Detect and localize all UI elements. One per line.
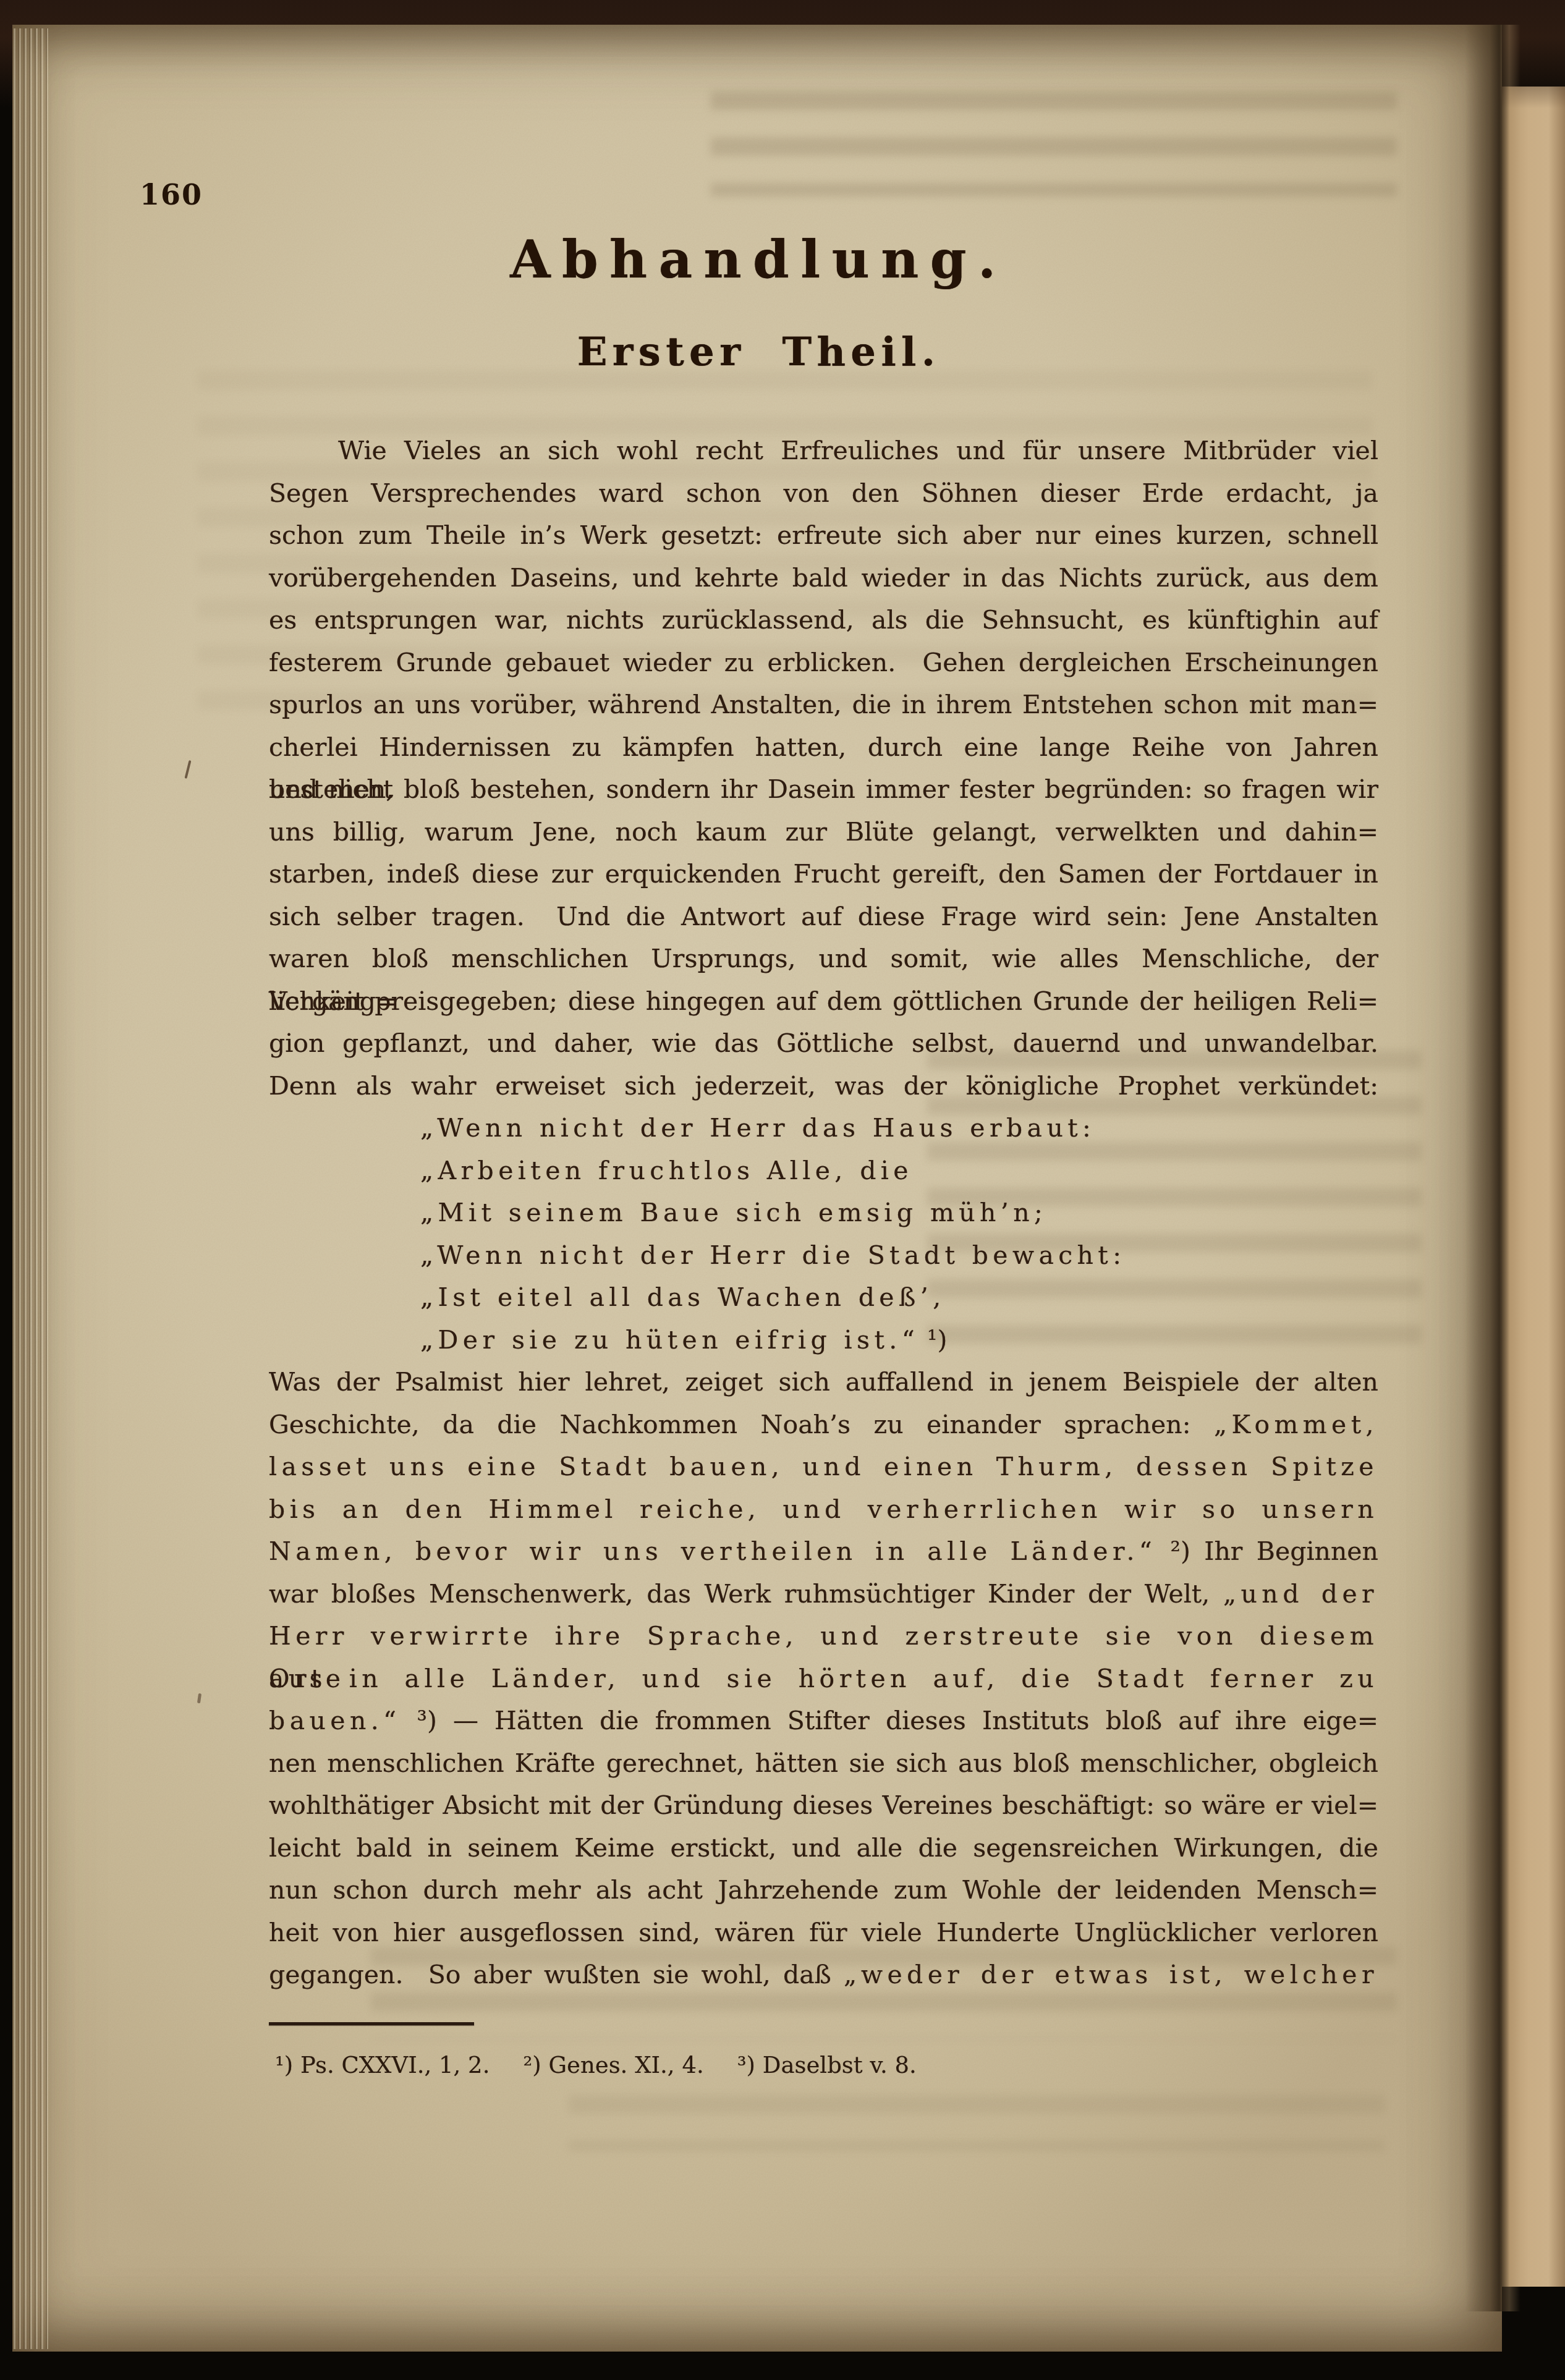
letterspaced-text: „Kommet, bbox=[1214, 1410, 1378, 1439]
body-text: sich selber tragen. Und die Antwort auf … bbox=[269, 902, 1378, 931]
text-line: spurlos an uns vorüber, während Anstalte… bbox=[269, 684, 1378, 726]
footnote-item: ³) Daselbst v. 8. bbox=[737, 2052, 917, 2078]
text-line: gegangen. So aber wußten sie wohl, daß „… bbox=[269, 1954, 1378, 1996]
letterspaced-text: „Wenn nicht der Herr das Haus erbaut: bbox=[420, 1113, 1095, 1143]
footnote-rule bbox=[269, 2022, 474, 2025]
body-text: ³) — Hätten die frommen Stifter dieses I… bbox=[401, 1706, 1378, 1735]
body-text: nun schon durch mehr als acht Jahrzehend… bbox=[269, 1875, 1378, 1905]
page-number: 160 bbox=[140, 178, 203, 211]
text-line: Namen, bevor wir uns vertheilen in alle … bbox=[269, 1530, 1378, 1573]
body-text: festerem Grunde gebauet wieder zu erblic… bbox=[269, 648, 1378, 677]
main-heading: Abhandlung. bbox=[204, 229, 1313, 290]
text-line: „Mit seinem Baue sich emsig müh’n; bbox=[269, 1192, 1378, 1234]
stray-ink-mark bbox=[197, 1693, 201, 1704]
text-line: „Der sie zu hüten eifrig ist.“ ¹) bbox=[269, 1319, 1378, 1362]
text-line: leicht bald in seinem Keime erstickt, un… bbox=[269, 1827, 1378, 1870]
book-scan-scene: 160 Abhandlung. Erster Theil. Wie Vieles… bbox=[0, 0, 1565, 2380]
text-line: Segen Versprechendes ward schon von den … bbox=[269, 472, 1378, 515]
body-text: Segen Versprechendes ward schon von den … bbox=[269, 478, 1378, 508]
body-text: nen menschlichen Kräfte gerechnet, hätte… bbox=[269, 1748, 1378, 1778]
body-text: gion gepflanzt, und daher, wie das Göttl… bbox=[269, 1028, 1378, 1058]
text-line: gion gepflanzt, und daher, wie das Göttl… bbox=[269, 1022, 1378, 1065]
letterspaced-text: „Ist eitel all das Wachen deß’, bbox=[420, 1282, 946, 1312]
body-text: lichkeit preisgegeben; diese hingegen au… bbox=[269, 986, 1378, 1016]
body-text: starben, indeß diese zur erquickenden Fr… bbox=[269, 859, 1378, 889]
body-text: heit von hier ausgeflossen sind, wären f… bbox=[269, 1918, 1378, 1947]
text-line: vorübergehenden Daseins, und kehrte bald… bbox=[269, 557, 1378, 599]
text-line: cherlei Hindernissen zu kämpfen hatten, … bbox=[269, 726, 1378, 769]
letterspaced-text: bauen.“ bbox=[269, 1706, 401, 1735]
text-line: „Arbeiten fruchtlos Alle, die bbox=[269, 1150, 1378, 1192]
body-text: ²) Ihr Beginnen bbox=[1156, 1536, 1378, 1566]
text-line: waren bloß menschlichen Ursprungs, und s… bbox=[269, 938, 1378, 980]
text-line: Geschichte, da die Nachkommen Noah’s zu … bbox=[269, 1404, 1378, 1446]
body-text: Wie Vieles an sich wohl recht Erfreulich… bbox=[338, 436, 1378, 465]
text-line: lichkeit preisgegeben; diese hingegen au… bbox=[269, 980, 1378, 1023]
body-text: wohlthätiger Absicht mit der Gründung di… bbox=[269, 1790, 1378, 1820]
body-text: schon zum Theile in’s Werk gesetzt: erfr… bbox=[269, 520, 1378, 550]
text-block: Wie Vieles an sich wohl recht Erfreulich… bbox=[269, 430, 1378, 1996]
page-stack-edges bbox=[12, 28, 48, 2349]
body-text: gegangen. So aber wußten sie wohl, daß bbox=[269, 1960, 844, 1989]
body-text: Was der Psalmist hier lehret, zeiget sic… bbox=[269, 1367, 1378, 1397]
text-line: festerem Grunde gebauet wieder zu erblic… bbox=[269, 642, 1378, 684]
letterspaced-text: „Mit seinem Baue sich emsig müh’n; bbox=[420, 1198, 1047, 1227]
text-line: es entsprungen war, nichts zurücklassend… bbox=[269, 599, 1378, 642]
body-text: uns billig, warum Jene, noch kaum zur Bl… bbox=[269, 817, 1378, 847]
text-line: nen menschlichen Kräfte gerechnet, hätte… bbox=[269, 1742, 1378, 1785]
text-line: wohlthätiger Absicht mit der Gründung di… bbox=[269, 1784, 1378, 1827]
letterspaced-text: aus in alle Länder, und sie hörten auf, … bbox=[269, 1664, 1378, 1693]
letterspaced-text: „Wenn nicht der Herr die Stadt bewacht: bbox=[420, 1240, 1126, 1270]
body-text: Geschichte, da die Nachkommen Noah’s zu … bbox=[269, 1410, 1214, 1439]
letterspaced-text: „Arbeiten fruchtlos Alle, die bbox=[420, 1156, 913, 1185]
text-line: schon zum Theile in’s Werk gesetzt: erfr… bbox=[269, 514, 1378, 557]
stray-ink-mark bbox=[184, 760, 191, 779]
letterspaced-text: „und der bbox=[1223, 1579, 1378, 1609]
text-line: nun schon durch mehr als acht Jahrzehend… bbox=[269, 1869, 1378, 1912]
body-text: ¹) bbox=[919, 1325, 947, 1355]
text-line: lasset uns eine Stadt bauen, und einen T… bbox=[269, 1446, 1378, 1488]
footnote: ¹) Ps. CXXVI., 1, 2.²) Genes. XI., 4.³) … bbox=[275, 2052, 1381, 2078]
footnote-item: ¹) Ps. CXXVI., 1, 2. bbox=[275, 2052, 490, 2078]
body-text: und nicht bloß bestehen, sondern ihr Das… bbox=[269, 774, 1378, 804]
text-line: war bloßes Menschenwerk, das Werk ruhmsü… bbox=[269, 1573, 1378, 1616]
text-line: Herr verwirrte ihre Sprache, und zerstre… bbox=[269, 1615, 1378, 1658]
text-line: „Wenn nicht der Herr das Haus erbaut: bbox=[269, 1107, 1378, 1150]
letterspaced-text: bis an den Himmel reiche, und verherrlic… bbox=[269, 1494, 1378, 1524]
text-line: bis an den Himmel reiche, und verherrlic… bbox=[269, 1488, 1378, 1531]
text-line: Wie Vieles an sich wohl recht Erfreulich… bbox=[269, 430, 1378, 472]
text-line: heit von hier ausgeflossen sind, wären f… bbox=[269, 1912, 1378, 1954]
text-line: Denn als wahr erweiset sich jederzeit, w… bbox=[269, 1065, 1378, 1107]
body-text: Denn als wahr erweiset sich jederzeit, w… bbox=[269, 1071, 1378, 1101]
section-subheading: Erster Theil. bbox=[204, 329, 1313, 375]
body-text: leicht bald in seinem Keime erstickt, un… bbox=[269, 1833, 1378, 1863]
body-text: es entsprungen war, nichts zurücklassend… bbox=[269, 605, 1378, 635]
letterspaced-text: Namen, bevor wir uns vertheilen in alle … bbox=[269, 1536, 1156, 1566]
body-text: vorübergehenden Daseins, und kehrte bald… bbox=[269, 563, 1378, 593]
text-line: aus in alle Länder, und sie hörten auf, … bbox=[269, 1658, 1378, 1700]
body-text: spurlos an uns vorüber, während Anstalte… bbox=[269, 690, 1378, 719]
text-line: uns billig, warum Jene, noch kaum zur Bl… bbox=[269, 811, 1378, 853]
letterspaced-text: „weder der etwas ist, welcher bbox=[844, 1960, 1378, 1989]
gutter-crease-shadow bbox=[1465, 25, 1520, 2311]
letterspaced-text: lasset uns eine Stadt bauen, und einen T… bbox=[269, 1452, 1378, 1481]
footnote-item: ²) Genes. XI., 4. bbox=[523, 2052, 703, 2078]
text-line: starben, indeß diese zur erquickenden Fr… bbox=[269, 853, 1378, 896]
bleedthrough-smudge bbox=[711, 91, 1397, 197]
bleedthrough-smudge bbox=[569, 2095, 1385, 2151]
text-line: „Ist eitel all das Wachen deß’, bbox=[269, 1276, 1378, 1319]
letterspaced-text: „Der sie zu hüten eifrig ist.“ bbox=[420, 1325, 919, 1355]
text-line: Was der Psalmist hier lehret, zeiget sic… bbox=[269, 1361, 1378, 1404]
text-line: „Wenn nicht der Herr die Stadt bewacht: bbox=[269, 1234, 1378, 1277]
text-line: bauen.“ ³) — Hätten die frommen Stifter … bbox=[269, 1700, 1378, 1742]
text-line: und nicht bloß bestehen, sondern ihr Das… bbox=[269, 768, 1378, 811]
book-page: 160 Abhandlung. Erster Theil. Wie Vieles… bbox=[12, 25, 1502, 2352]
body-text: war bloßes Menschenwerk, das Werk ruhmsü… bbox=[269, 1579, 1223, 1609]
text-line: sich selber tragen. Und die Antwort auf … bbox=[269, 896, 1378, 938]
